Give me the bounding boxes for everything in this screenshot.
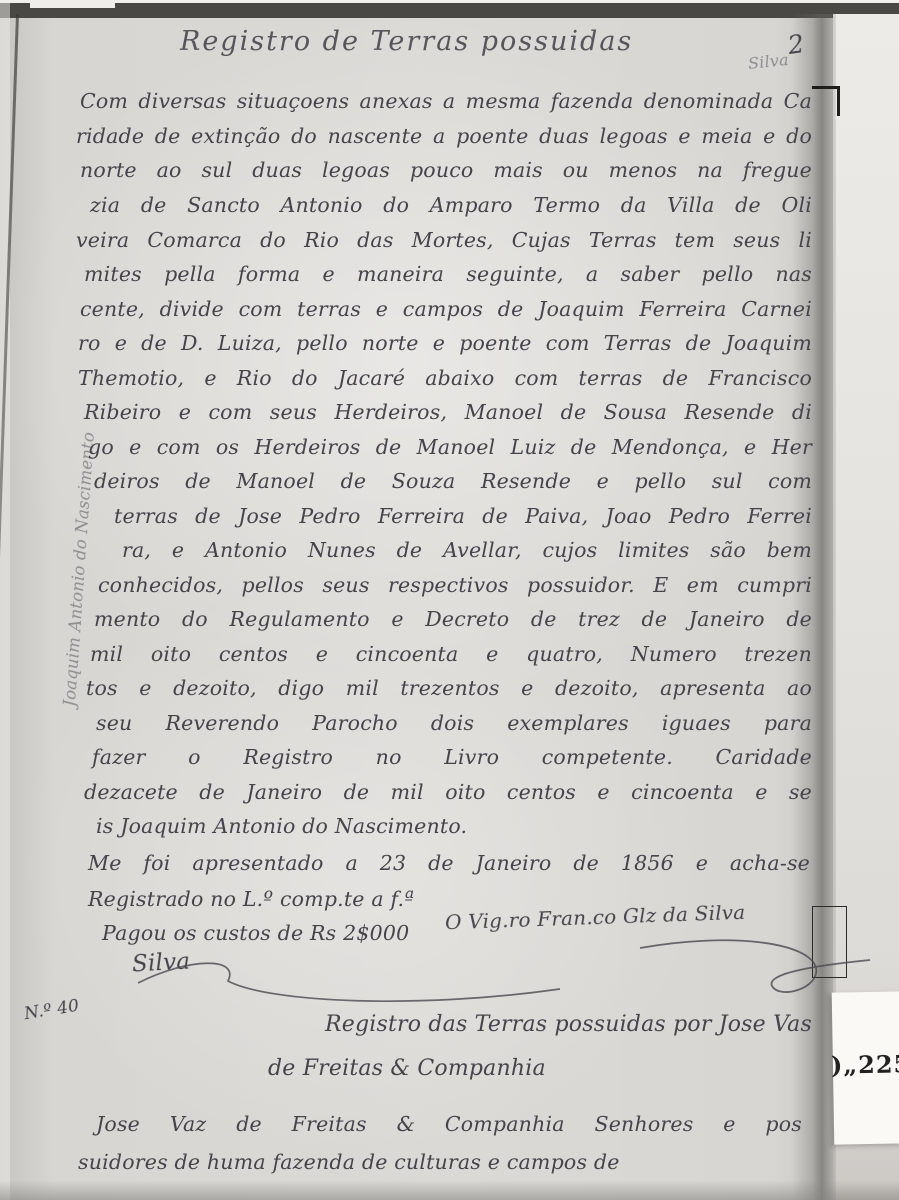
stamp-prefix: )„ xyxy=(831,1050,859,1079)
entry2-heading-line2: de Freitas & Companhia xyxy=(268,1056,546,1081)
numbered-paper-slip: )„2252 xyxy=(832,991,899,1144)
entry1-line: Themotio, e Rio do Jacaré abaixo com ter… xyxy=(78,367,812,401)
entry1-line: ro e de D. Luiza, pello norte e poente c… xyxy=(78,332,812,366)
entry1-line: mil oito centos e cincoenta e quatro, Nu… xyxy=(90,643,812,677)
entry1-line: conhecidos, pellos seus respectivos poss… xyxy=(98,574,812,608)
entry2-body-line: Jose Vaz de Freitas & Companhia Senhores… xyxy=(96,1113,802,1147)
entry1-line: mites pella forma e maneira seguinte, a … xyxy=(84,263,812,297)
registration-note: Registrado no L.º comp.te a f.ª xyxy=(88,888,414,922)
rectangle-registration-mark xyxy=(812,906,847,978)
entry1-line: fazer o Registro no Livro competente. Ca… xyxy=(92,746,812,780)
entry1-line: veira Comarca do Rio das Mortes, Cujas T… xyxy=(76,229,812,263)
entry1-line: deiros de Manoel de Souza Resende e pell… xyxy=(94,470,812,504)
entry2-body-line: suidores de huma fazenda de culturas e c… xyxy=(78,1151,620,1185)
entry1-line: dezacete de Janeiro de mil oito centos e… xyxy=(84,781,812,815)
scanned-page: Registro de Terras possuidas 2 Silva Com… xyxy=(0,0,899,1200)
entry1-line: seu Reverendo Parocho dois exemplares ig… xyxy=(96,712,812,746)
entry1-line: tos e dezoito, digo mil trezentos e dezo… xyxy=(86,677,812,711)
entry1-line: ra, e Antonio Nunes de Avellar, cujos li… xyxy=(122,539,812,573)
entry2-heading-line1: Registro das Terras possuidas por Jose V… xyxy=(325,1012,812,1037)
book-edge-shadow-top xyxy=(0,3,899,18)
entry1-line: norte ao sul duas legoas pouco mais ou m… xyxy=(80,159,812,193)
presentation-note: Me foi apresentado a 23 de Janeiro de 18… xyxy=(88,852,810,886)
entry1-line: cente, divide com terras e campos de Joa… xyxy=(80,298,812,332)
silva-signature: Silva xyxy=(131,948,190,977)
entry1-line: Com diversas situaçoens anexas a mesma f… xyxy=(80,90,812,124)
entry1-line: zia de Sancto Antonio do Amparo Termo da… xyxy=(90,194,812,228)
entry1-line: go e com os Herdeiros de Manoel Luiz de … xyxy=(88,436,812,470)
entry1-line: is Joaquim Antonio do Nascimento. xyxy=(96,815,467,849)
entry1-line: terras de Jose Pedro Ferreira de Paiva, … xyxy=(114,505,812,539)
book-edge-gap xyxy=(30,0,115,8)
corner-bracket-mark xyxy=(812,86,840,116)
entry1-line: Ribeiro e com seus Herdeiros, Manoel de … xyxy=(84,401,812,435)
entry1-line: ridade de extinção do nascente a poente … xyxy=(76,125,812,159)
page-title: Registro de Terras possuidas xyxy=(180,26,633,57)
scan-left-margin xyxy=(0,0,10,1200)
stamp-number: )„2252 xyxy=(831,1049,899,1080)
entry1-line: mento do Regulamento e Decreto de trez d… xyxy=(94,608,812,642)
